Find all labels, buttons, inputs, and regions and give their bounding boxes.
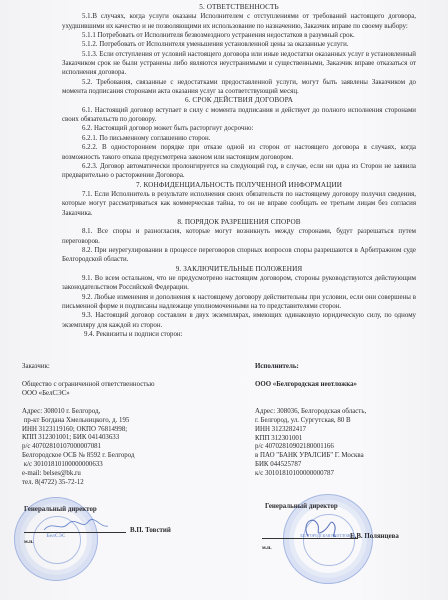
customer-detail: КПП 312301001; БИК 041403633 [22,434,222,443]
customer-phone: тел. 8(4722) 35-72-12 [22,479,222,488]
clause-9-3: 9.3. Настоящий договор составлен в двух … [62,311,416,330]
contractor-detail: к/с 30101810100000000787 [255,470,445,479]
clause-5-1-2: 5.1.2. Потребовать от Исполнителя уменьш… [62,40,416,49]
clause-8-2: 8.2. При неурегулировании в процессе пер… [62,246,416,265]
clause-9-1: 9.1. Во всем остальном, что не предусмот… [62,274,416,293]
customer-signer-title: Генеральный директор [24,506,97,513]
clause-6-2-1: 6.2.1. По письменному соглашению сторон. [62,134,416,143]
clause-6-2-2: 6.2.2. В одностороннем порядке при отказ… [62,143,416,162]
customer-signature [42,516,112,536]
clause-9-4: 9.4. Реквизиты и подписи сторон: [62,330,416,339]
clause-5-1-1: 5.1.1 Потребовать от Исполнителя безвозм… [62,31,416,40]
contractor-role-label: Исполнитель: [255,363,445,372]
clause-7-1: 7.1. Если Исполнитель в результате испол… [62,190,416,218]
customer-role-label: Заказчик: [22,363,222,372]
contractor-signer-name: Е.В. Полянцева [350,533,399,540]
contractor-signer-title: Генеральный директор [265,503,338,510]
contractor-detail: КПП 312301001 [255,435,445,444]
customer-detail: пр-кт Богдана Хмельницкого, д. 195 [22,417,222,426]
clause-5-1-3: 5.1.3. Если отступления от условий насто… [62,50,416,78]
clause-8-1: 8.1. Все споры и разногласия, которые мо… [62,227,416,246]
clause-9-2: 9.2. Любые изменения и дополнения к наст… [62,293,416,312]
clause-6-1: 6.1. Настоящий договор вступает в силу с… [62,106,416,125]
customer-signer-name: В.П. Товстий [130,527,171,534]
customer-detail: ИНН 3123119160; ОКПО 76814998; [22,426,222,435]
clause-6-2: 6.2. Настоящий договор может быть растор… [62,124,416,133]
contractor-detail: БИК 044525787 [255,461,445,470]
contractor-detail: г. Белгород, ул. Сургутская, 80 В [255,417,445,426]
customer-email: e-mail: belses@bk.ru [22,470,222,479]
section-heading-7: 7. КОНФИДЕНЦИАЛЬНОСТЬ ПОЛУЧЕННОЙ ИНФОРМА… [62,181,416,190]
contractor-seal-label: м.п. [262,545,272,551]
contractor-detail: в ПАО "БАНК УРАЛСИБ" Г. Москва [255,452,445,461]
section-heading-9: 9. ЗАКЛЮЧИТЕЛЬНЫЕ ПОЛОЖЕНИЯ [62,265,416,274]
contractor-detail: р/с 40702810902180001166 [255,443,445,452]
customer-name-full: Общество с ограниченной ответственностью [22,381,222,390]
section-heading-8: 8. ПОРЯДОК РАЗРЕШЕНИЯ СПОРОВ [62,218,416,227]
section-heading-6: 6. СРОК ДЕЙСТВИЯ ДОГОВОРА [62,96,416,105]
contractor-name: ООО «Белгородская неотложка» [255,381,445,390]
customer-detail: Адрес: 308010 г. Белгород, [22,408,222,417]
clause-6-2-3: 6.2.3. Договор автоматически пролонгируе… [62,162,416,181]
customer-detail: к/с 30101810100000000633 [22,461,222,470]
customer-seal-label: м.п. [24,539,34,545]
contractor-signature-line [262,538,358,539]
clause-5-1: 5.1.В случаях, когда услуги оказаны Испо… [62,12,416,31]
customer-detail: Белгородское ОСБ № 8592 г. Белгород [22,452,222,461]
customer-requisites: Заказчик: Общество с ограниченной ответс… [22,363,222,488]
contract-body: 5. ОТВЕТСТВЕННОСТЬ 5.1.В случаях, когда … [62,3,416,339]
contractor-detail: Адрес: 308036, Белгородская область, [255,408,445,417]
customer-detail: р/с 40702810107000007081 [22,443,222,452]
customer-name-short: ООО «БелСЭС» [22,390,222,399]
contractor-requisites: Исполнитель: ООО «Белгородская неотложка… [255,363,445,479]
clause-5-2: 5.2. Требования, связанные с недостаткам… [62,78,416,97]
contractor-detail: ИНН 3123282417 [255,426,445,435]
document-page: 5. ОТВЕТСТВЕННОСТЬ 5.1.В случаях, когда … [0,0,448,600]
section-heading-5: 5. ОТВЕТСТВЕННОСТЬ [62,3,416,12]
customer-signature-line [24,532,126,533]
